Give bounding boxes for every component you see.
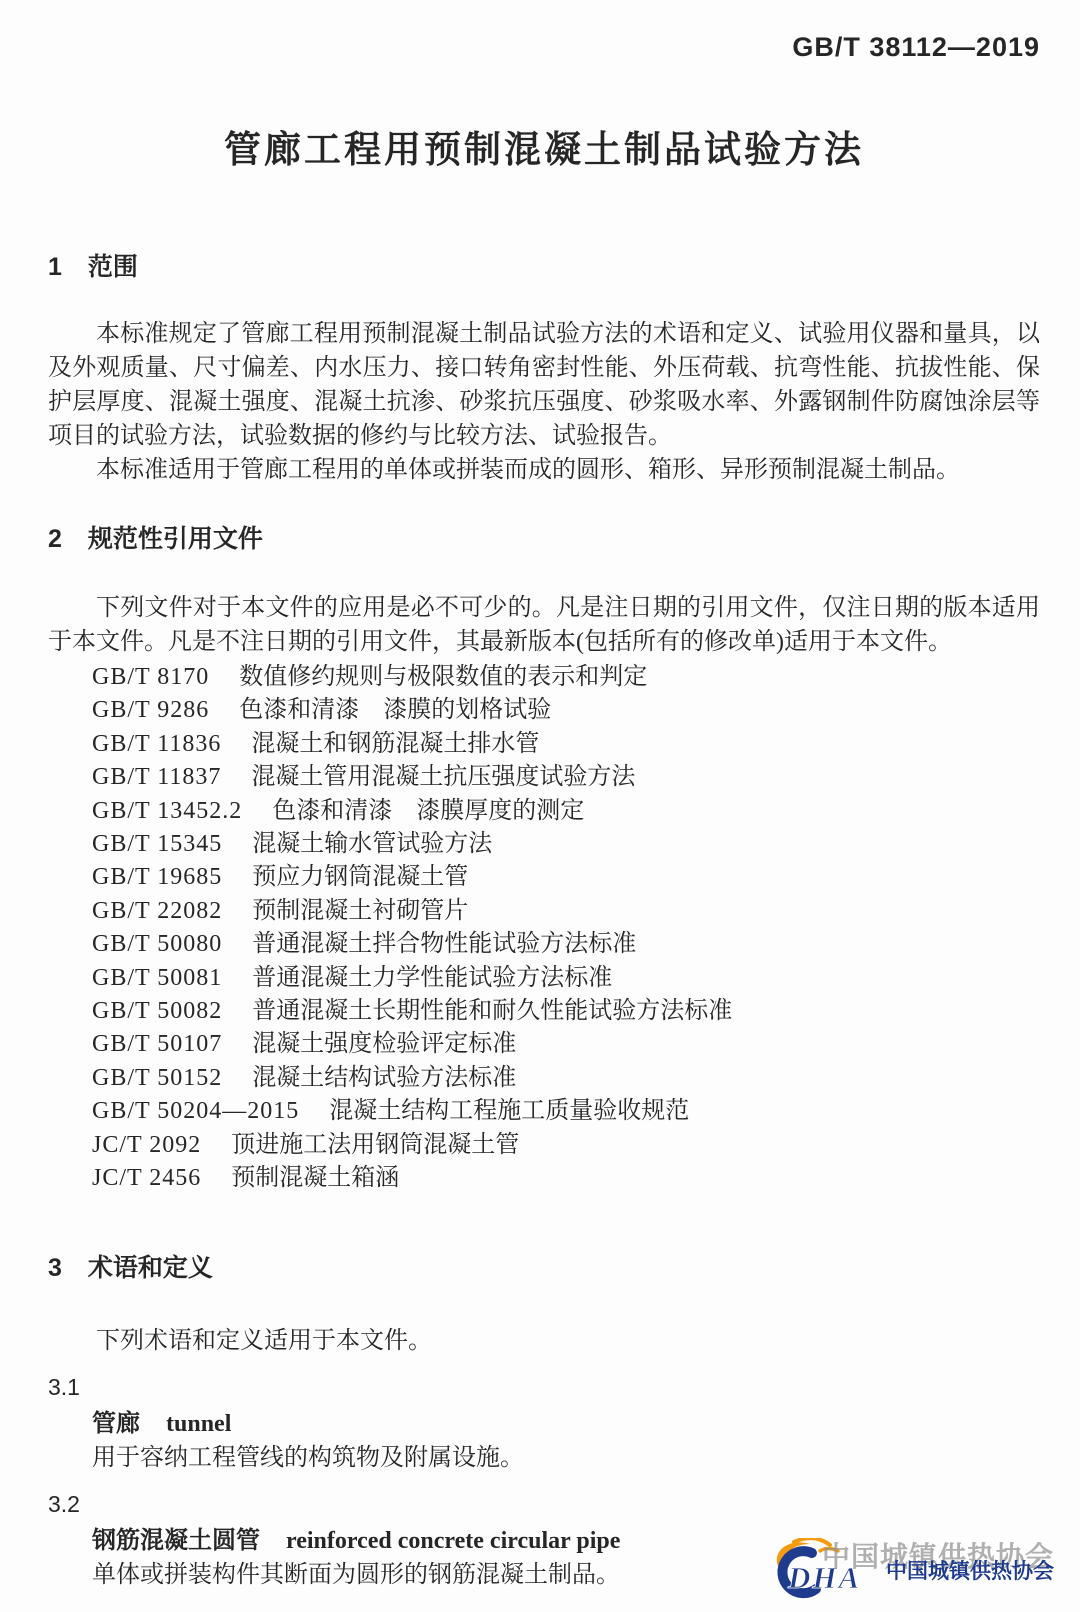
reference-code: JC/T 2092	[92, 1132, 201, 1158]
reference-code: GB/T 11837	[92, 764, 221, 790]
standard-number: GB/T 38112—2019	[48, 0, 1040, 63]
document-page: GB/T 38112—2019 管廊工程用预制混凝土制品试验方法 1范围 本标准…	[0, 0, 1080, 1612]
reference-item: GB/T 50081普通混凝土力学性能试验方法标准	[48, 962, 1040, 995]
term-name-zh: 钢筋混凝土圆管	[92, 1527, 260, 1554]
reference-code: GB/T 15345	[92, 831, 222, 857]
reference-item: GB/T 19685预应力钢筒混凝土管	[48, 861, 1040, 894]
reference-code: GB/T 50081	[92, 965, 222, 991]
reference-item: GB/T 50107混凝土强度检验评定标准	[48, 1028, 1040, 1061]
term-block: 3.1管廊tunnel用于容纳工程管线的构筑物及附属设施。	[48, 1372, 1040, 1475]
reference-code: GB/T 50204—2015	[92, 1098, 299, 1124]
reference-item: GB/T 13452.2色漆和清漆 漆膜厚度的测定	[48, 795, 1040, 828]
reference-item: GB/T 11837混凝土管用混凝土抗压强度试验方法	[48, 761, 1040, 794]
reference-code: GB/T 9286	[92, 697, 209, 723]
reference-title: 色漆和清漆 漆膜的划格试验	[239, 697, 551, 723]
reference-title: 预应力钢筒混凝土管	[252, 864, 468, 890]
term-name-zh: 管廊	[92, 1410, 140, 1437]
section2-number: 2	[48, 525, 62, 553]
reference-title: 普通混凝土拌合物性能试验方法标准	[252, 931, 636, 957]
reference-title: 数值修约规则与极限数值的表示和判定	[239, 664, 647, 690]
reference-title: 混凝土结构工程施工质量验收规范	[329, 1098, 689, 1124]
org-name-wrap: 中国城镇供热协会 中国城镇供热协会	[886, 1555, 1054, 1585]
reference-item: GB/T 22082预制混凝土衬砌管片	[48, 895, 1040, 928]
reference-item: JC/T 2092顶进施工法用钢筒混凝土管	[48, 1129, 1040, 1162]
reference-title: 普通混凝土长期性能和耐久性能试验方法标准	[252, 998, 732, 1024]
scope-paragraph-1: 本标准规定了管廊工程用预制混凝土制品试验方法的术语和定义、试验用仪器和量具，以及…	[48, 317, 1040, 453]
document-title: 管廊工程用预制混凝土制品试验方法	[48, 119, 1040, 173]
reference-code: GB/T 8170	[92, 664, 209, 690]
org-name-text: 中国城镇供热协会	[886, 1560, 1054, 1583]
reference-item: GB/T 8170数值修约规则与极限数值的表示和判定	[48, 661, 1040, 694]
reference-item: GB/T 11836混凝土和钢筋混凝土排水管	[48, 728, 1040, 761]
reference-code: GB/T 13452.2	[92, 798, 242, 824]
reference-title: 混凝土强度检验评定标准	[252, 1031, 516, 1057]
term-number: 3.1	[48, 1372, 1040, 1402]
term-name-en: tunnel	[166, 1411, 231, 1437]
scope-paragraph-2: 本标准适用于管廊工程用的单体或拼装而成的圆形、箱形、异形预制混凝土制品。	[48, 453, 1040, 487]
association-logo: DHA 中国城镇供热协会 中国城镇供热协会	[764, 1538, 1054, 1602]
normative-references-intro: 下列文件对于本文件的应用是必不可少的。凡是注日期的引用文件，仅注日期的版本适用于…	[48, 591, 1040, 659]
section1-number: 1	[48, 253, 62, 281]
section3-number: 3	[48, 1254, 62, 1282]
reference-item: JC/T 2456预制混凝土箱涵	[48, 1162, 1040, 1195]
reference-title: 混凝土输水管试验方法	[252, 831, 492, 857]
reference-item: GB/T 50204—2015混凝土结构工程施工质量验收规范	[48, 1095, 1040, 1128]
section1-heading: 1范围	[48, 247, 1040, 283]
reference-code: GB/T 50082	[92, 998, 222, 1024]
term-name: 管廊tunnel	[48, 1408, 1040, 1440]
reference-title: 混凝土和钢筋混凝土排水管	[251, 731, 539, 757]
reference-code: JC/T 2456	[92, 1165, 201, 1191]
term-name-en: reinforced concrete circular pipe	[286, 1528, 620, 1554]
reference-item: GB/T 50152混凝土结构试验方法标准	[48, 1062, 1040, 1095]
terms-intro: 下列术语和定义适用于本文件。	[48, 1324, 1040, 1358]
reference-list: GB/T 8170数值修约规则与极限数值的表示和判定GB/T 9286色漆和清漆…	[48, 661, 1040, 1196]
reference-item: GB/T 50080普通混凝土拌合物性能试验方法标准	[48, 928, 1040, 961]
section2-title: 规范性引用文件	[88, 525, 263, 553]
reference-title: 混凝土结构试验方法标准	[252, 1065, 516, 1091]
section2-heading: 2规范性引用文件	[48, 519, 1040, 555]
reference-code: GB/T 50080	[92, 931, 222, 957]
term-definition: 用于容纳工程管线的构筑物及附属设施。	[48, 1442, 1040, 1475]
reference-title: 普通混凝土力学性能试验方法标准	[252, 965, 612, 991]
reference-title: 顶进施工法用钢筒混凝土管	[231, 1132, 519, 1158]
section3-title: 术语和定义	[88, 1254, 213, 1282]
reference-title: 色漆和清漆 漆膜厚度的测定	[272, 798, 584, 824]
reference-title: 混凝土管用混凝土抗压强度试验方法	[251, 764, 635, 790]
reference-item: GB/T 15345混凝土输水管试验方法	[48, 828, 1040, 861]
reference-code: GB/T 19685	[92, 864, 222, 890]
reference-title: 预制混凝土衬砌管片	[252, 898, 468, 924]
reference-code: GB/T 50107	[92, 1031, 222, 1057]
section3-heading: 3术语和定义	[48, 1248, 1040, 1284]
reference-item: GB/T 50082普通混凝土长期性能和耐久性能试验方法标准	[48, 995, 1040, 1028]
reference-code: GB/T 11836	[92, 731, 221, 757]
reference-code: GB/T 22082	[92, 898, 222, 924]
reference-item: GB/T 9286色漆和清漆 漆膜的划格试验	[48, 694, 1040, 727]
reference-code: GB/T 50152	[92, 1065, 222, 1091]
section1-title: 范围	[88, 253, 138, 281]
term-number: 3.2	[48, 1489, 1040, 1519]
reference-title: 预制混凝土箱涵	[231, 1165, 399, 1191]
